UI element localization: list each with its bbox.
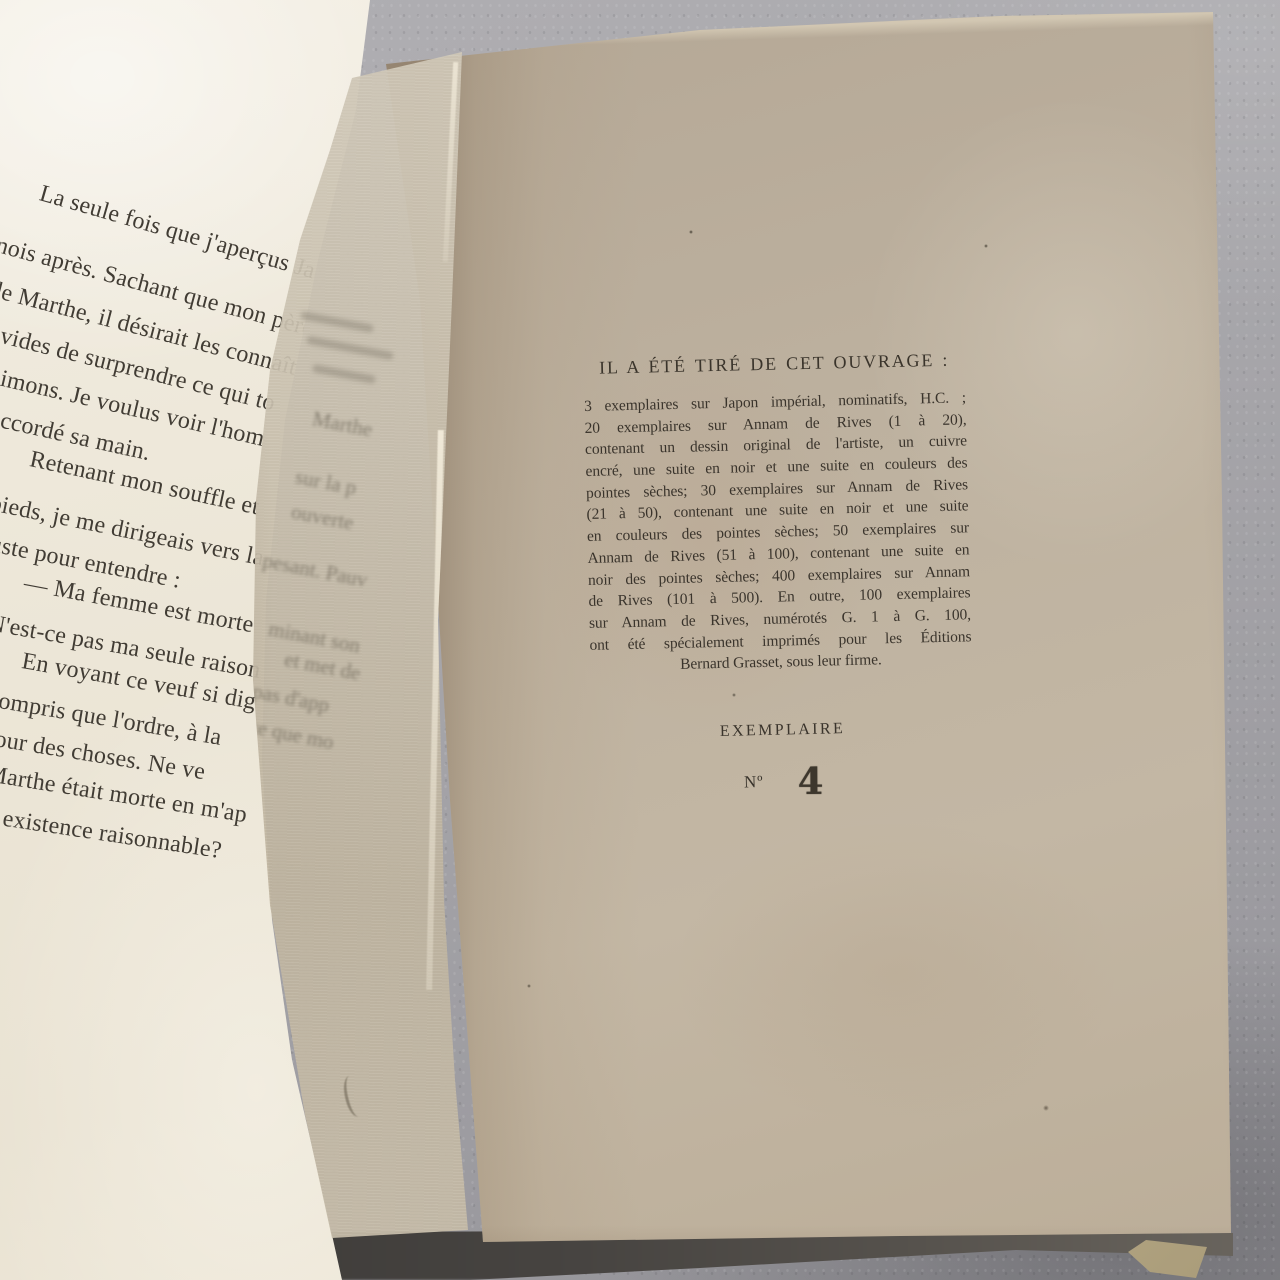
ghost-bar bbox=[306, 336, 394, 361]
exemplaire-label: EXEMPLAIRE bbox=[591, 717, 973, 744]
ghost-text-fragment: ouverte bbox=[289, 499, 356, 536]
ghost-text-fragment: sur la p bbox=[293, 464, 358, 500]
ghost-text-fragment: ce que mo bbox=[246, 714, 335, 755]
numero-label: Nº bbox=[744, 772, 764, 791]
ghost-bar bbox=[312, 364, 376, 384]
ghost-text-fragment: pas d'app bbox=[250, 679, 331, 718]
ghost-text-fragment: Marthe bbox=[310, 406, 374, 442]
copy-number-row: Nº4 bbox=[592, 755, 975, 808]
ghost-text-fragment: pesant. Pauv bbox=[261, 548, 370, 593]
copy-number-stamp: 4 bbox=[797, 759, 823, 803]
colophon: IL A ÉTÉ TIRÉ DE CET OUVRAGE : 3 exempla… bbox=[583, 349, 975, 807]
tissue-curl-line bbox=[340, 1073, 369, 1118]
colophon-title: IL A ÉTÉ TIRÉ DE CET OUVRAGE : bbox=[583, 349, 965, 379]
photo-scene: IL A ÉTÉ TIRÉ DE CET OUVRAGE : 3 exempla… bbox=[0, 0, 1280, 1280]
ghost-bar bbox=[300, 311, 374, 333]
